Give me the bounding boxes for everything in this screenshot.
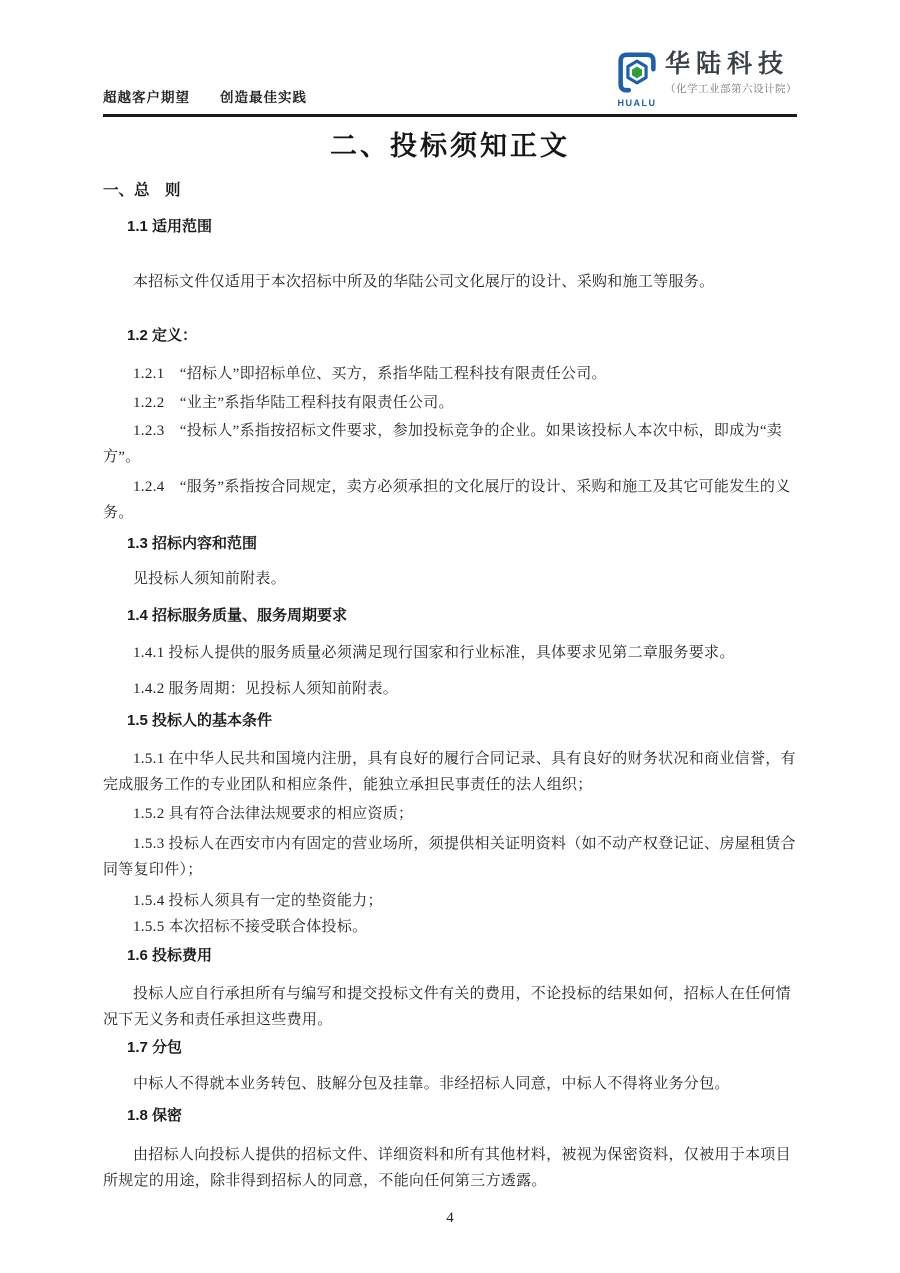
brand-name: 华陆科技 [665, 50, 797, 78]
logo-mark-column: HUALU [616, 50, 658, 108]
heading-1-3: 1.3 招标内容和范围 [103, 531, 797, 557]
document-page: 超越客户期望创造最佳实践 HUALU 华陆科技 （化学工业部第六设计院） 二、投 [0, 0, 900, 1273]
para-1-4-1: 1.4.1 投标人提供的服务质量必须满足现行国家和行业标准，具体要求见第二章服务… [103, 640, 797, 666]
para-1-2-2: 1.2.2 “业主”系指华陆工程科技有限责任公司。 [103, 390, 797, 416]
para-1-1: 本招标文件仅适用于本次招标中所及的华陆公司文化展厅的设计、采购和施工等服务。 [103, 269, 797, 295]
heading-1-6: 1.6 投标费用 [103, 943, 797, 969]
para-1-5-3: 1.5.3 投标人在西安市内有固定的营业场所，须提供相关证明资料（如不动产权登记… [103, 831, 797, 883]
brand-column: 华陆科技 （化学工业部第六设计院） [665, 50, 797, 96]
para-1-4-2: 1.4.2 服务周期：见投标人须知前附表。 [103, 676, 797, 702]
heading-1-5: 1.5 投标人的基本条件 [103, 708, 797, 734]
logo-hualu-text: HUALU [618, 98, 657, 108]
para-1-2-1: 1.2.1 “招标人”即招标单位、买方，系指华陆工程科技有限责任公司。 [103, 361, 797, 387]
section-heading-general: 一、总 则 [103, 178, 797, 204]
para-1-5-5: 1.5.5 本次招标不接受联合体投标。 [103, 914, 797, 940]
para-1-5-1: 1.5.1 在中华人民共和国境内注册，具有良好的履行合同记录、具有良好的财务状况… [103, 746, 797, 798]
para-1-6: 投标人应自行承担所有与编写和提交投标文件有关的费用，不论投标的结果如何，招标人在… [103, 981, 797, 1033]
brand-subtitle: （化学工业部第六设计院） [665, 81, 797, 96]
header-tagline: 超越客户期望创造最佳实践 [103, 86, 307, 108]
tagline-right: 创造最佳实践 [220, 90, 307, 105]
heading-1-4: 1.4 招标服务质量、服务周期要求 [103, 603, 797, 629]
para-1-5-2: 1.5.2 具有符合法律法规要求的相应资质； [103, 801, 797, 827]
para-1-5-4: 1.5.4 投标人须具有一定的垫资能力； [103, 888, 797, 914]
heading-1-1: 1.1 适用范围 [103, 214, 797, 240]
hualu-gate-hexagon-icon [617, 50, 657, 99]
heading-1-7: 1.7 分包 [103, 1035, 797, 1061]
para-1-3: 见投标人须知前附表。 [103, 566, 797, 592]
para-1-8: 由招标人向投标人提供的招标文件、详细资料和所有其他材料，被视为保密资料，仅被用于… [103, 1142, 797, 1194]
para-1-2-4: 1.2.4 “服务”系指按合同规定，卖方必须承担的文化展厅的设计、采购和施工及其… [103, 474, 797, 526]
para-1-2-3: 1.2.3 “投标人”系指按招标文件要求，参加投标竞争的企业。如果该投标人本次中… [103, 418, 797, 470]
page-header: 超越客户期望创造最佳实践 HUALU 华陆科技 （化学工业部第六设计院） [103, 0, 797, 108]
page-number: 4 [446, 1210, 454, 1226]
page-title: 二、投标须知正文 [103, 127, 797, 165]
page-footer: 4 [0, 1210, 900, 1227]
heading-1-2: 1.2 定义： [103, 323, 797, 349]
heading-1-8: 1.8 保密 [103, 1103, 797, 1129]
company-logo: HUALU 华陆科技 （化学工业部第六设计院） [616, 50, 797, 108]
para-1-7: 中标人不得就本业务转包、肢解分包及挂靠。非经招标人同意，中标人不得将业务分包。 [103, 1071, 797, 1097]
tagline-left: 超越客户期望 [103, 90, 190, 105]
header-divider [103, 114, 797, 117]
